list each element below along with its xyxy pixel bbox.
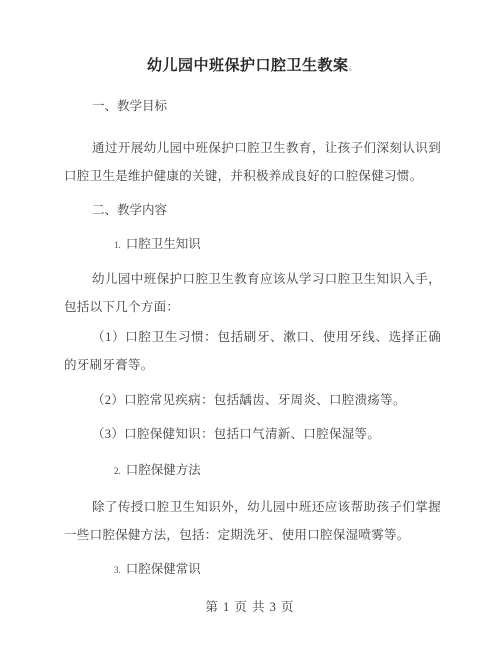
paragraph-item-1-hygiene-habits: （1）口腔卫生习惯：包括刷牙、漱口、使用牙线、选择正确的牙刷牙膏等。 <box>64 323 441 379</box>
doc-title: 幼儿园中班保护口腔卫生教案。 <box>64 55 441 78</box>
document-page: 幼儿园中班保护口腔卫生教案。 一、教学目标 通过开展幼儿园中班保护口腔卫生教育，… <box>0 0 500 647</box>
subheading-text: 口腔卫生知识 <box>126 237 201 251</box>
section-heading-teaching-goals: 一、教学目标 <box>64 92 441 120</box>
subheading-oral-care-methods: 2.口腔保健方法 <box>64 456 441 485</box>
paragraph-care-methods: 除了传授口腔卫生知识外，幼儿园中班还应该帮助孩子们掌握一些口腔保健方法，包括：定… <box>64 493 441 549</box>
subheading-number: 1. <box>114 240 121 250</box>
paragraph-knowledge-intro: 幼儿园中班保护口腔卫生教育应该从学习口腔卫生知识入手，包括以下几个方面： <box>64 265 441 321</box>
section-heading-teaching-content: 二、教学内容 <box>64 196 441 224</box>
doc-title-period-mark: 。 <box>349 62 359 72</box>
subheading-oral-hygiene-knowledge: 1.口腔卫生知识 <box>64 230 441 259</box>
paragraph-teaching-goals: 通过开展幼儿园中班保护口腔卫生教育，让孩子们深刻认识到口腔卫生是维护健康的关键，… <box>64 134 441 190</box>
subheading-text: 口腔保健方法 <box>126 463 201 477</box>
paragraph-item-3-healthcare-knowledge: （3）口腔保健知识：包括口气清新、口腔保湿等。 <box>64 420 441 448</box>
page-number-footer: 第 1 页 共 3 页 <box>0 597 500 617</box>
paragraph-item-2-common-diseases: （2）口腔常见疾病：包括龋齿、牙周炎、口腔溃疡等。 <box>64 386 441 414</box>
subheading-number: 2. <box>114 466 121 476</box>
document-body: 幼儿园中班保护口腔卫生教案。 一、教学目标 通过开展幼儿园中班保护口腔卫生教育，… <box>64 0 441 584</box>
subheading-oral-care-common-sense: 3.口腔保健常识 <box>64 555 441 584</box>
doc-title-text: 幼儿园中班保护口腔卫生教案 <box>147 58 349 74</box>
subheading-text: 口腔保健常识 <box>126 562 201 576</box>
subheading-number: 3. <box>114 565 121 575</box>
